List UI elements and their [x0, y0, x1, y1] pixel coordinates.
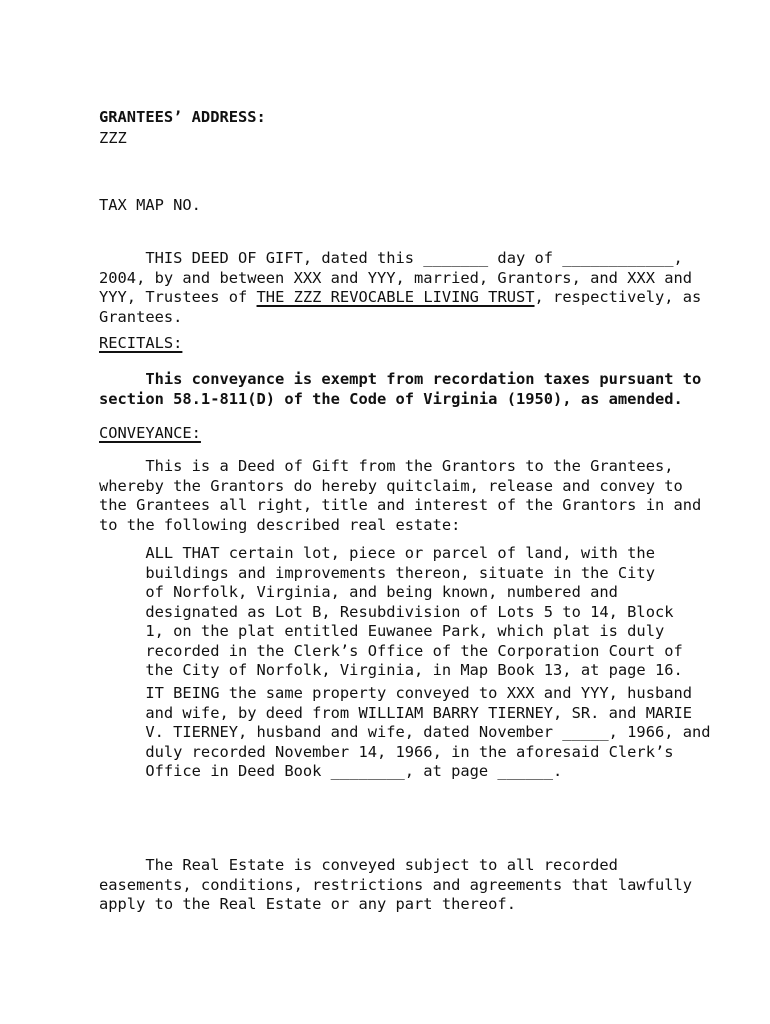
recitals-exemption-paragraph: This conveyance is exempt from recordati…	[99, 370, 701, 409]
intro-paragraph: THIS DEED OF GIFT, dated this _______ da…	[99, 249, 701, 327]
chain-of-title-paragraph: IT BEING the same property conveyed to X…	[99, 684, 711, 782]
trust-name-underlined: THE ZZZ REVOCABLE LIVING TRUST	[257, 288, 535, 306]
recitals-heading: RECITALS:	[99, 334, 182, 354]
grantees-address-heading: GRANTEES’ ADDRESS:	[99, 108, 266, 128]
conveyance-paragraph: This is a Deed of Gift from the Grantors…	[99, 457, 701, 535]
tax-map-no-label: TAX MAP NO.	[99, 196, 201, 216]
grantees-address-value: ZZZ	[99, 129, 127, 149]
conveyance-heading: CONVEYANCE:	[99, 424, 201, 444]
subject-to-paragraph: The Real Estate is conveyed subject to a…	[99, 856, 692, 915]
deed-of-gift-document-page: GRANTEES’ ADDRESS: ZZZ TAX MAP NO. THIS …	[0, 0, 770, 1024]
legal-description-paragraph: ALL THAT certain lot, piece or parcel of…	[99, 544, 683, 681]
